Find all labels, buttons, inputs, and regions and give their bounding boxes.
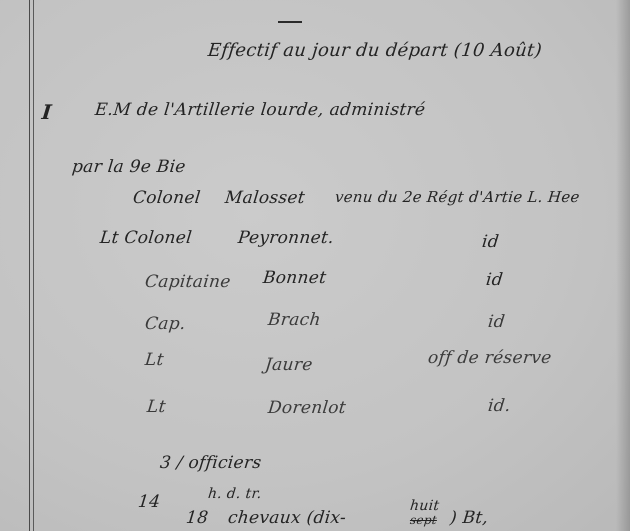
document-page: Effectif au jour du départ (10 Août) I E… [0, 0, 630, 531]
horses-count: 18 [185, 508, 209, 528]
note-cell: id [485, 270, 504, 290]
margin-line [33, 0, 34, 531]
officers-total: 3 / officiers [159, 453, 262, 473]
troops-abbrev: h. d. tr. [207, 486, 262, 502]
name-cell: Bonnet [262, 268, 327, 288]
name-cell: Dorenlot [267, 398, 347, 418]
rank-cell: Lt Colonel [99, 228, 193, 248]
page-edge-shadow [616, 0, 630, 531]
name-cell: Malosset [224, 188, 306, 208]
note-cell: off de réserve [427, 348, 553, 368]
header-dash [278, 21, 302, 23]
note-cell: id [481, 232, 500, 252]
horses-struck: sept [409, 513, 437, 527]
troops-count: 14 [137, 492, 161, 512]
note-cell: venu du 2e Régt d'Artie L. Hee [334, 188, 581, 206]
rank-cell: Lt [146, 397, 167, 417]
name-cell: Jaure [264, 355, 314, 375]
horses-text: chevaux (dix- [227, 508, 347, 528]
name-cell: Brach [267, 310, 322, 330]
section-marker: I [41, 100, 53, 124]
page-title: Effectif au jour du départ (10 Août) [207, 40, 543, 61]
rank-cell: Lt [144, 350, 165, 370]
horses-tail: ) Bt, [449, 508, 489, 528]
name-cell: Peyronnet. [237, 228, 335, 248]
rank-cell: Colonel [132, 188, 202, 208]
note-cell: id [487, 312, 506, 332]
rank-cell: Capitaine [144, 272, 232, 292]
rank-cell: Cap. [144, 314, 187, 334]
section-heading-line1: E.M de l'Artillerie lourde, administré [94, 100, 426, 120]
note-cell: id. [487, 396, 512, 416]
margin-line [29, 0, 30, 531]
section-heading-line2: par la 9e Bie [71, 157, 187, 177]
horses-correction: huit [409, 498, 440, 514]
